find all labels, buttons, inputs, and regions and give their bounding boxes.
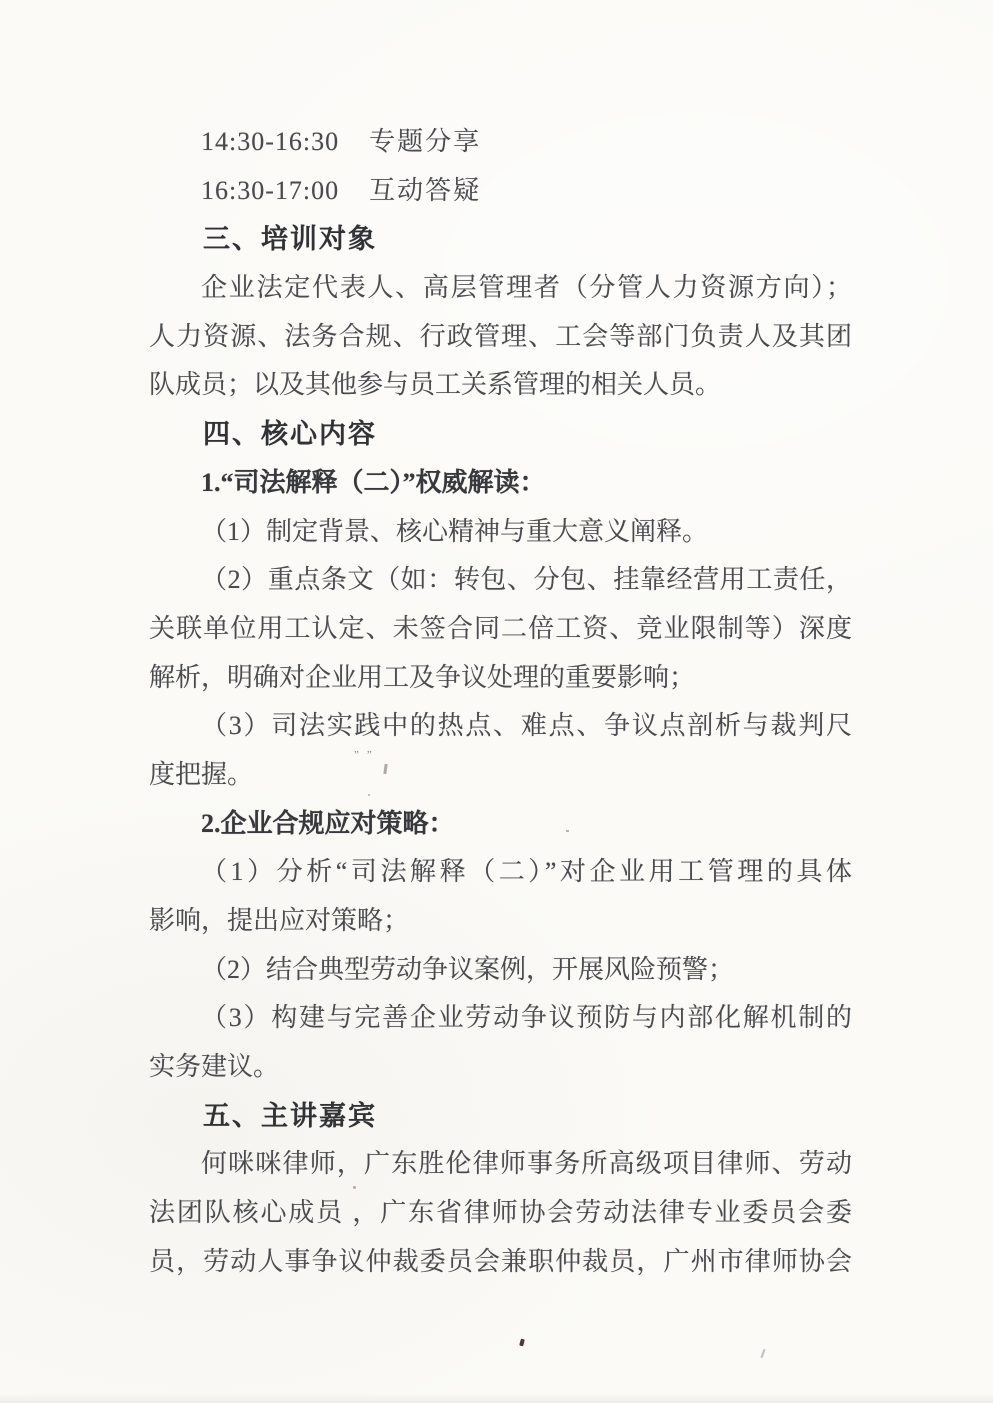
schedule-row: 14:30-16:30专题分享 (149, 118, 852, 167)
paragraph-line: （3）司法实践中的热点、难点、争议点剖析与裁判尺 (149, 702, 852, 751)
schedule-time: 16:30-17:00 (201, 176, 339, 205)
schedule-activity: 互动答疑 (369, 176, 481, 205)
subheading-compliance-strategy: 2.企业合规应对策略： (149, 800, 852, 849)
paragraph-line: 员，劳动人事争议仲裁委员会兼职仲裁员，广州市律师协会 (149, 1238, 852, 1287)
schedule-time: 14:30-16:30 (201, 127, 339, 156)
schedule-row: 16:30-17:00互动答疑 (149, 167, 852, 216)
paragraph-line: （1）制定背景、核心精神与重大意义阐释。 (149, 508, 852, 557)
paragraph-line: （3）构建与完善企业劳动争议预防与内部化解机制的 (149, 994, 852, 1043)
heading-core-content: 四、核心内容 (149, 410, 852, 459)
paragraph-line: 关联单位用工认定、未签合同二倍工资、竞业限制等）深度 (149, 605, 852, 654)
heading-speaker: 五、主讲嘉宾 (149, 1092, 852, 1141)
schedule-activity: 专题分享 (369, 127, 481, 156)
paragraph-line: （2）结合典型劳动争议案例，开展风险预警； (149, 946, 852, 995)
subheading-judicial-interpretation: 1.“司法解释（二）”权威解读： (149, 459, 852, 508)
scanned-document-page: 14:30-16:30专题分享 16:30-17:00互动答疑 三、培训对象 企… (0, 0, 993, 1403)
document-text-column: 14:30-16:30专题分享 16:30-17:00互动答疑 三、培训对象 企… (149, 118, 852, 1287)
paragraph-line: 人力资源、法务合规、行政管理、工会等部门负责人及其团 (149, 313, 852, 362)
paragraph-line: （2）重点条文（如：转包、分包、挂靠经营用工责任， (149, 556, 852, 605)
scan-artifact (761, 1349, 766, 1358)
scan-artifact (519, 1339, 525, 1347)
heading-training-audience: 三、培训对象 (149, 215, 852, 264)
paragraph-line: 度把握。 (149, 751, 852, 800)
paragraph-line: （1）分析“司法解释（二）”对企业用工管理的具体 (149, 848, 852, 897)
paragraph-line: 影响，提出应对策略； (149, 897, 852, 946)
paragraph-line: 队成员；以及其他参与员工关系管理的相关人员。 (149, 361, 852, 410)
paragraph-line: 何咪咪律师，广东胜伦律师事务所高级项目律师、劳动 (149, 1140, 852, 1189)
paragraph-line: 法团队核心成员 ，广东省律师协会劳动法律专业委员会委 (149, 1189, 852, 1238)
paragraph-line: 企业法定代表人、高层管理者（分管人力资源方向）； (149, 264, 852, 313)
paragraph-line: 解析，明确对企业用工及争议处理的重要影响； (149, 654, 852, 703)
paragraph-line: 实务建议。 (149, 1043, 852, 1092)
